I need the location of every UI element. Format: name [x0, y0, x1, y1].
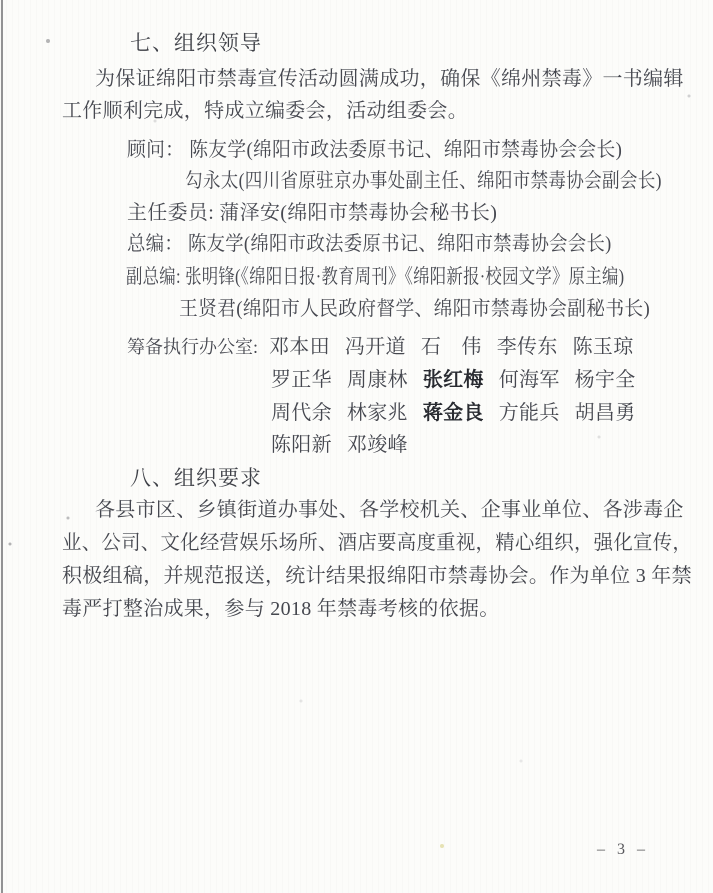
role-line-director: 主任委员: 蒲泽安(绵阳市禁毒协会秘书长) — [127, 202, 497, 224]
role-line-chief-editor: 总编： 陈友学(绵阳市政法委原书记、绵阳市禁毒协会会长) — [127, 233, 612, 255]
role-line-deputy-editor-2: 王贤君(绵阳市人民政府督学、绵阳市禁毒协会副秘书长) — [179, 298, 650, 320]
section7-heading: 七、组织领导 — [130, 32, 262, 55]
office-label: 筹备执行办公室: — [127, 338, 258, 358]
person-name: 蒋金良 — [423, 402, 484, 424]
person-name: 杨宇全 — [575, 369, 636, 391]
person-name: 林家兆 — [347, 402, 408, 424]
office-names-row-2: 罗正华周康林张红梅何海军杨宇全 — [271, 369, 636, 391]
person-name: 张红梅 — [423, 369, 484, 391]
section8-heading: 八、组织要求 — [130, 467, 262, 490]
person-name: 陈阳新 — [271, 434, 332, 456]
page-number: – 3 – — [597, 841, 649, 859]
office-names-row-4: 陈阳新邓竣峰 — [271, 434, 408, 456]
person-name: 何海军 — [499, 369, 560, 391]
scanned-document-page: 七、组织领导 为保证绵阳市禁毒宣传活动圆满成功，确保《绵州禁毒》一书编辑 工作顺… — [0, 0, 713, 893]
section8-paragraph-line-2: 业、公司、文化经营娱乐场所、酒店要高度重视，精心组织，强化宣传， — [62, 532, 692, 554]
person-name: 方能兵 — [499, 402, 560, 424]
section8-paragraph-line-3: 积极组稿，并规范报送，统计结果报绵阳市禁毒协会。作为单位 3 年禁 — [62, 565, 692, 587]
section7-paragraph-line-1: 为保证绵阳市禁毒宣传活动圆满成功，确保《绵州禁毒》一书编辑 — [95, 68, 684, 90]
section7-paragraph-line-2: 工作顺利完成，特成立编委会，活动组委会。 — [62, 100, 468, 122]
person-name: 李传东 — [497, 336, 558, 358]
section8-paragraph-line-4: 毒严打整治成果，参与 2018 年禁毒考核的依据。 — [62, 598, 500, 620]
role-line-advisor-2: 勾永太(四川省原驻京办事处副主任、绵阳市禁毒协会副会长) — [185, 170, 662, 192]
person-name: 冯开道 — [345, 336, 406, 358]
person-name: 周代余 — [271, 402, 332, 424]
section8-paragraph-line-1: 各县市区、乡镇街道办事处、各学校机关、企事业单位、各涉毒企 — [95, 499, 684, 521]
role-line-deputy-editor: 副总编: 张明锋(《绵阳日报·教育周刊》《绵阳新报·校园文学》原主编) — [126, 266, 624, 288]
office-names-row-1: 邓本田冯开道石 伟李传东陈玉琼 — [269, 336, 634, 358]
person-name: 罗正华 — [271, 369, 332, 391]
person-name: 邓本田 — [269, 336, 330, 358]
person-name: 陈玉琼 — [573, 336, 634, 358]
role-line-advisor: 顾问： 陈友学(绵阳市政法委原书记、绵阳市禁毒协会会长) — [127, 139, 622, 161]
scan-edge-line — [1, 0, 3, 893]
office-names-row-3: 周代余林家兆蒋金良方能兵胡昌勇 — [271, 402, 636, 424]
person-name: 石 伟 — [421, 336, 482, 358]
person-name: 胡昌勇 — [575, 402, 636, 424]
person-name: 邓竣峰 — [347, 434, 408, 456]
person-name: 周康林 — [347, 369, 408, 391]
